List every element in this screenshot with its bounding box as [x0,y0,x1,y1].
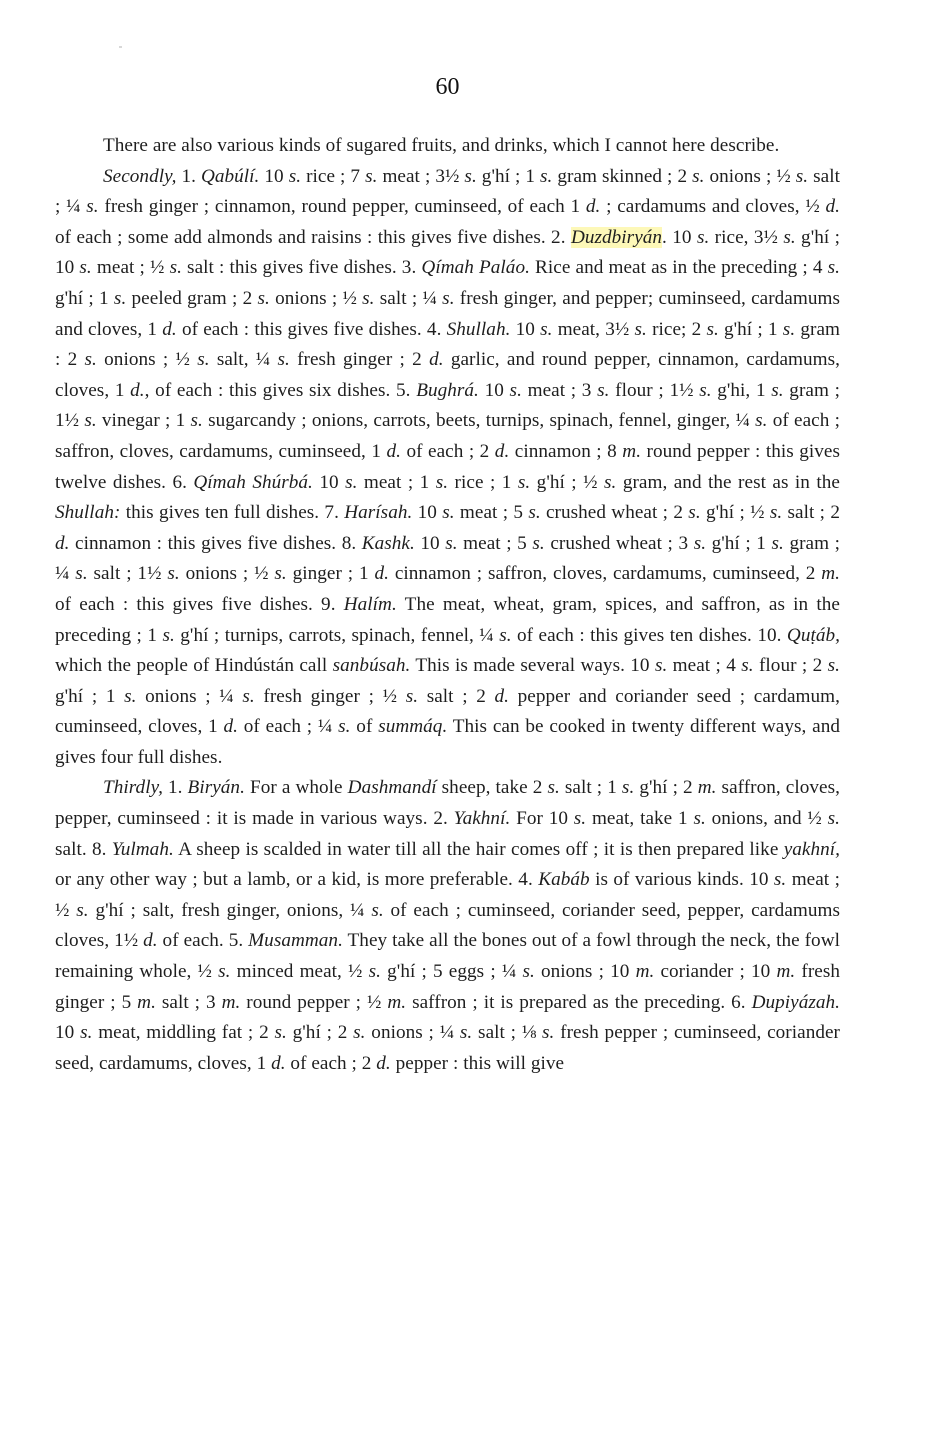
text-run: meat ; 3½ [377,166,464,187]
text-run: flour ; 2 [754,655,828,676]
text-run: onions ; 10 [535,961,636,982]
italic-text: s. [597,380,609,401]
text-run: of each ; ¼ [238,716,338,737]
text-run: of each ; 2 [401,441,495,462]
italic-text: s. [772,533,784,554]
italic-text: s. [436,472,448,493]
text-run: salt ; 1½ [88,563,168,584]
italic-text: s. [699,380,711,401]
text-run: For a whole [245,777,348,798]
scan-artifact [119,46,122,48]
italic-text: d. [55,533,70,554]
italic-text: s. [706,319,718,340]
text-run: salt ; 2 [418,686,494,707]
italic-text: s. [635,319,647,340]
italic-text: m. [821,563,840,584]
italic-text: Qabúlí. [201,166,259,187]
text-run: of [351,716,379,737]
italic-text: d. [271,1053,286,1074]
italic-text: d. [143,930,158,951]
text-run: which the people of Hindústán call [55,655,333,676]
italic-text: Halím. [344,594,397,615]
italic-text: m. [622,441,641,462]
text-run: meat, take 1 [586,808,693,829]
italic-text: m. [137,992,156,1013]
italic-text: s. [124,686,136,707]
italic-text: s. [770,502,782,523]
text-run: minced meat, ½ [231,961,369,982]
text-run: 10 [259,166,288,187]
italic-text: d. [586,196,601,217]
italic-text: s. [170,257,182,278]
text-run: onions ; ¼ [366,1022,460,1043]
text-run: rice ; 1 [448,472,518,493]
italic-text: Thirdly, [103,777,163,798]
text-run: rice; 2 [647,319,707,340]
italic-text: s. [442,502,454,523]
italic-text: s. [693,808,705,829]
italic-text: s. [365,166,377,187]
italic-text: Yulmah. [112,839,174,860]
italic-text: s. [532,533,544,554]
italic-text: Harísah. [344,502,412,523]
text-run: gram, and the rest as in the [616,472,840,493]
text-run: salt : this gives five dishes. 3. [182,257,421,278]
italic-text: s. [289,166,301,187]
text-run: g'hí ; 1 [55,686,124,707]
text-run: rice ; 7 [301,166,365,187]
text-run: peeled gram ; 2 [126,288,257,309]
italic-text: yakhní, [784,839,840,860]
italic-text: s. [362,288,374,309]
italic-text: s. [755,410,767,431]
italic-text: s. [353,1022,365,1043]
text-run: g'hí ; ½ [701,502,770,523]
italic-text: s. [540,319,552,340]
italic-text: s. [771,380,783,401]
italic-text: s. [464,166,476,187]
text-run: crushed wheat ; 3 [545,533,694,554]
text-run: 10 [412,502,442,523]
text-run: onions ; ½ [704,166,795,187]
italic-text: s. [741,655,753,676]
text-run: onions ; ½ [97,349,197,370]
italic-text: Kashk. [362,533,415,554]
italic-text: Musamman. [248,930,343,951]
italic-text: s. [162,625,174,646]
text-run: onions, and ½ [706,808,828,829]
italic-text: m. [636,961,655,982]
text-run: salt. 8. [55,839,112,860]
text-run: saffron ; it is prepared as the precedin… [406,992,751,1013]
italic-text: s. [86,196,98,217]
text-run: g'hí ; 2 [634,777,697,798]
italic-text: d. [495,441,510,462]
text-run: g'hi, 1 [712,380,772,401]
text-run: salt ; ⅛ [472,1022,542,1043]
italic-text: s. [783,227,795,248]
text-run: g'hí ; ½ [530,472,604,493]
page-number: 60 [55,74,840,101]
text-run: g'hí ; 1 [477,166,540,187]
italic-text: d. [224,716,239,737]
text-run: of each : this gives five dishes. 4. [177,319,447,340]
italic-text: s. [242,686,254,707]
text-run: Rice and meat as in the preceding ; 4 [530,257,828,278]
text-run: g'hí ; turnips, carrots, spinach, fennel… [175,625,499,646]
text-run: sugarcandy ; onions, carrots, beets, tur… [203,410,755,431]
text-run: This is made several ways. 10 [410,655,655,676]
highlighted-term: Duzdbiryán [571,227,662,248]
text-run: g'hí ; 5 eggs ; ¼ [381,961,522,982]
paragraph-intro: There are also various kinds of sugared … [55,131,840,162]
italic-text: s. [218,961,230,982]
italic-text: d. [130,380,145,401]
text-run: meat ; 5 [458,533,533,554]
italic-text: s. [828,257,840,278]
italic-text: Shullah: [55,502,120,523]
italic-text: s. [80,1022,92,1043]
text-run: g'hí ; 1 [706,533,771,554]
italic-text: d. [826,196,841,217]
italic-text: s. [460,1022,472,1043]
italic-text: d. [375,563,390,584]
text-run: coriander ; 10 [654,961,776,982]
text-run: g'hí ; 1 [719,319,783,340]
text-run: 1. [163,777,188,798]
italic-text: Qímah Shúrbá. [193,472,313,493]
text-run: of each. 5. [158,930,249,951]
text-run: pepper : this will give [391,1053,564,1074]
text-run: g'hí ; salt, fresh ginger, onions, ¼ [89,900,372,921]
italic-text: Qímah Paláo. [421,257,530,278]
text-run: g'hí ; 1 [55,288,114,309]
text-run: There are also various kinds of sugared … [103,135,779,156]
text-run: 1. [176,166,201,187]
italic-text: s. [697,227,709,248]
text-run: cinnamon : this gives five dishes. 8. [70,533,362,554]
italic-text: s. [796,166,808,187]
italic-text: s. [197,349,209,370]
italic-text: Bughrá. [416,380,479,401]
text-run: of each ; some add almonds and raisins :… [55,227,571,248]
italic-text: s. [774,869,786,890]
text-run: fresh ginger ; cinnamon, round pepper, c… [99,196,586,217]
italic-text: m. [222,992,241,1013]
italic-text: m. [387,992,406,1013]
text-run: salt ; 2 [782,502,840,523]
text-run: this gives ten full dishes. 7. [120,502,344,523]
italic-text: s. [114,288,126,309]
italic-text: s. [828,655,840,676]
text-run: of each ; 2 [286,1053,377,1074]
italic-text: d. [429,349,444,370]
italic-text: s. [828,808,840,829]
italic-text: s. [540,166,552,187]
text-run: is of various kinds. 10 [590,869,774,890]
italic-text: s. [510,380,522,401]
italic-text: s. [274,563,286,584]
italic-text: s. [406,686,418,707]
text-run: . 10 [662,227,697,248]
text-run: cinnamon ; saffron, cloves, cardamums, c… [389,563,821,584]
text-run: gram skinned ; 2 [552,166,692,187]
italic-text: s. [604,472,616,493]
italic-text: s. [76,900,88,921]
italic-text: s. [79,257,91,278]
italic-text: s. [692,166,704,187]
text-run: rice, 3½ [709,227,783,248]
text-run: cinnamon ; 8 [509,441,622,462]
text-run: meat ; 3 [522,380,597,401]
text-run: flour ; 1½ [610,380,700,401]
italic-text: s. [528,502,540,523]
italic-text: s. [694,533,706,554]
text-run: fresh ginger ; ½ [255,686,406,707]
italic-text: Shullah. [447,319,511,340]
text-run: 10 [415,533,445,554]
text-run: 10 [479,380,510,401]
text-run: For 10 [510,808,573,829]
text-run: meat ; 1 [357,472,435,493]
italic-text: d. [495,686,510,707]
italic-text: s. [622,777,634,798]
text-run: meat ; 5 [455,502,529,523]
italic-text: s. [445,533,457,554]
italic-text: s. [85,349,97,370]
text-run: meat ; ½ [92,257,170,278]
text-run: ; cardamums and cloves, ½ [600,196,825,217]
text-run: onions ; ¼ [137,686,243,707]
italic-text: s. [547,777,559,798]
text-run: salt ; ¼ [375,288,443,309]
italic-text: s. [75,563,87,584]
italic-text: Dupiyázah. [752,992,840,1013]
italic-text: s. [518,472,530,493]
italic-text: d. [162,319,177,340]
text-run: onions ; ½ [180,563,275,584]
italic-text: s. [191,410,203,431]
italic-text: d. [376,1053,391,1074]
italic-text: s. [369,961,381,982]
italic-text: s. [442,288,454,309]
text-run: 10 [55,1022,80,1043]
italic-text: Biryán. [188,777,245,798]
italic-text: s. [655,655,667,676]
italic-text: s. [542,1022,554,1043]
italic-text: Secondly, [103,166,176,187]
text-run: salt ; 3 [156,992,222,1013]
paragraph-secondly-recipes: Secondly, 1. Qabúlí. 10 s. rice ; 7 s. m… [55,162,840,774]
italic-text: m. [776,961,795,982]
italic-text: s. [522,961,534,982]
italic-text: Quṭáb, [787,625,840,646]
text-run: salt ; 1 [560,777,622,798]
italic-text: s. [338,716,350,737]
text-run: fresh ginger ; 2 [290,349,429,370]
italic-text: s. [574,808,586,829]
text-run: meat, middling fat ; 2 [92,1022,274,1043]
text-run: , of each : this gives six dishes. 5. [145,380,417,401]
italic-text: s. [345,472,357,493]
italic-text: d. [386,441,401,462]
italic-text: Yakhní. [454,808,511,829]
italic-text: m. [698,777,717,798]
italic-text: summáq. [378,716,447,737]
italic-text: s. [277,349,289,370]
text-run: 10 [313,472,345,493]
text-run: or any other way ; but a lamb, or a kid,… [55,869,538,890]
text-run: salt, ¼ [210,349,278,370]
italic-text: s. [258,288,270,309]
text-run: A sheep is scalded in water till all the… [174,839,784,860]
italic-text: s. [783,319,795,340]
text-run: ginger ; 1 [287,563,375,584]
italic-text: s. [688,502,700,523]
text-run: of each : this gives five dishes. 9. [55,594,344,615]
italic-text: s. [84,410,96,431]
text-run: round pepper ; ½ [240,992,387,1013]
text-run: 10 [510,319,540,340]
italic-text: Dashmandí [348,777,437,798]
text-run: meat, 3½ [553,319,635,340]
italic-text: sanbúsah. [333,655,411,676]
italic-text: Kabáb [538,869,589,890]
text-run: g'hí ; 2 [287,1022,353,1043]
page-body: There are also various kinds of sugared … [55,131,840,1079]
text-run: of each : this gives ten dishes. 10. [512,625,787,646]
paragraph-thirdly-recipes: Thirdly, 1. Biryán. For a whole Dashmand… [55,773,840,1079]
text-run: onions ; ½ [270,288,362,309]
italic-text: s. [167,563,179,584]
italic-text: s. [275,1022,287,1043]
italic-text: s. [371,900,383,921]
italic-text: s. [499,625,511,646]
text-run: sheep, take 2 [437,777,548,798]
text-run: vinegar ; 1 [97,410,191,431]
text-run: crushed wheat ; 2 [541,502,689,523]
text-run: meat ; 4 [667,655,741,676]
